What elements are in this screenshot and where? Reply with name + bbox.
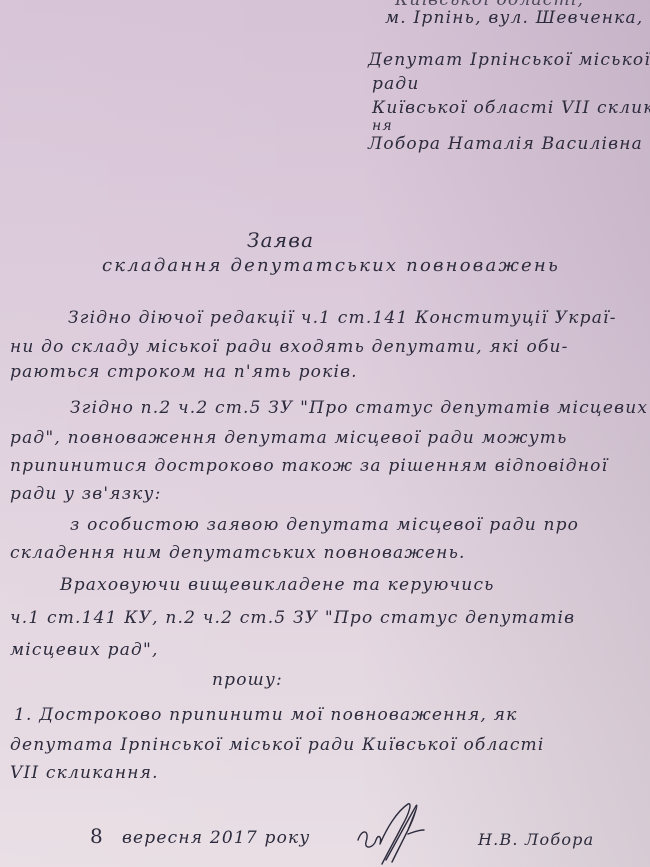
date-month-year: вересня 2017 року — [122, 828, 310, 848]
document-date: 8вересня 2017 року — [90, 824, 310, 848]
paragraph-line: рад", повноваження депутата місцевої рад… — [10, 428, 568, 448]
header-deputy-line: Київської області VII скликан- — [372, 98, 650, 118]
paragraph-line: складення ним депутатських повноважень. — [10, 543, 466, 563]
paragraph-line: Враховуючи вищевикладене та керуючись — [60, 575, 495, 595]
header-deputy-name: Лобора Наталія Василівна — [368, 134, 643, 154]
date-day: 8 — [90, 824, 104, 848]
paragraph-line: місцевих рад", — [10, 640, 159, 660]
paragraph-line: ради у зв'язку: — [10, 484, 162, 504]
signature-icon — [352, 800, 442, 867]
paragraph-line: ни до складу міської ради входять депута… — [10, 337, 569, 357]
paragraph-line: раються строком на п'ять років. — [10, 362, 358, 382]
header-deputy-line: Депутат Ірпінської міської — [368, 50, 650, 70]
paragraph-line: ч.1 ст.141 КУ, п.2 ч.2 ст.5 ЗУ "Про стат… — [10, 608, 575, 628]
request-item-line: депутата Ірпінської міської ради Київськ… — [10, 735, 545, 755]
request-item-line: 1. Достроково припинити мої повноваження… — [14, 705, 517, 725]
header-deputy-line: ня — [372, 118, 393, 134]
header-deputy-line: ради — [372, 74, 420, 94]
paragraph-line: Згідно п.2 ч.2 ст.5 ЗУ "Про статус депут… — [70, 398, 648, 418]
signatory-name: Н.В. Лобора — [478, 830, 594, 849]
document-title: Заява — [247, 228, 314, 252]
request-label: прошу: — [212, 670, 283, 690]
header-address: м. Ірпінь, вул. Шевченка, — [385, 8, 643, 28]
request-item-line: VII скликання. — [10, 763, 159, 783]
document-subtitle: складання депутатських повноважень — [102, 255, 560, 276]
paragraph-line: припинитися достроково також за рішенням… — [10, 456, 608, 476]
paragraph-line: з особистою заявою депутата місцевої рад… — [70, 515, 579, 535]
paragraph-line: Згідно діючої редакції ч.1 ст.141 Консти… — [68, 308, 617, 328]
